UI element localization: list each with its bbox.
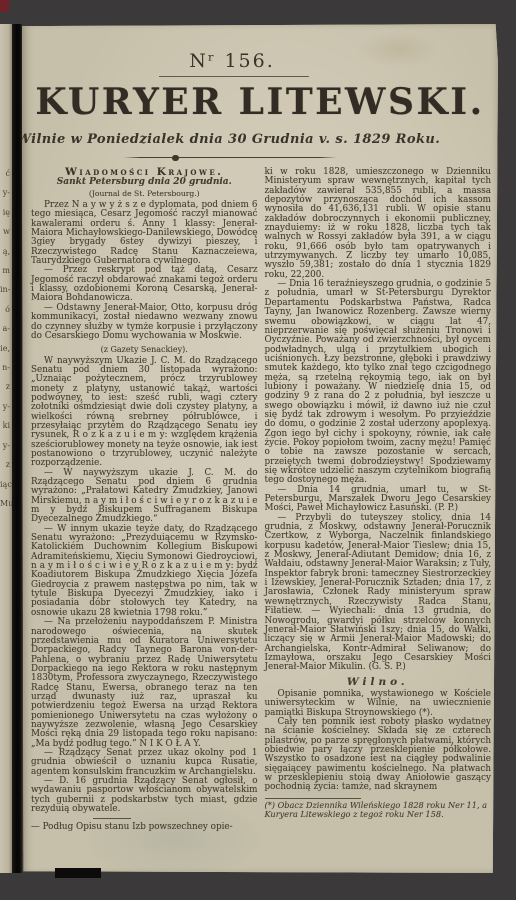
ornament-diamond: [172, 155, 179, 161]
edge-text-fragment: ć: [0, 164, 12, 183]
gazette-subheader: (z Gazety Senackiey).: [31, 345, 258, 354]
news-paragraph: — W innym ukazie teyże daty, do Rządzące…: [31, 525, 258, 618]
news-paragraph: — Na przełożeniu naypoddańszem P. Minist…: [31, 618, 258, 749]
edge-text-fragment: ie,: [0, 339, 12, 358]
news-paragraph: Cały ten pomnik iest roboty płasko wydat…: [265, 718, 492, 793]
news-paragraph: — Dnia 14 grudnia, umarł tu, w St-Peters…: [265, 486, 492, 514]
masthead-ornament-rule: [123, 156, 337, 160]
issue-number: Nʳ 156.: [0, 50, 470, 72]
edge-text-fragment: z: [0, 455, 12, 474]
right-column: ki w roku 1828, umieszczonego w Dziennik…: [265, 168, 492, 833]
section-header: Wiadomości Krajowe.: [31, 168, 258, 177]
wilno-section-header: Wilno.: [265, 678, 492, 687]
news-paragraph: — Rządzący Senat przez ukaz okolny pod 1…: [31, 749, 258, 777]
item-divider-rule: [93, 818, 131, 819]
adjacent-page-sliver: ć y- ię w ą, m in- ó a- ie, n- z y- ki y…: [0, 24, 12, 873]
issue-underline-rule: [159, 76, 309, 77]
article-columns: Wiadomości Krajowe. Sankt Petersburg dni…: [22, 160, 498, 833]
page-gutter-shadow: [12, 24, 22, 873]
edge-text-fragment: ię: [0, 203, 12, 222]
news-paragraph: — Dnia 16 teraźnieyszego grudnia, o godz…: [265, 280, 492, 486]
edge-text-fragment: in-: [0, 280, 12, 299]
newspaper-title: KURYER LITEWSKI.: [22, 81, 498, 123]
news-paragraph: — Przybyli do tuteyszey stolicy, dnia 14…: [265, 514, 492, 673]
edge-text-fragment: ki: [0, 416, 12, 435]
ornament-bar: [123, 157, 337, 158]
newspaper-page: Nʳ 156. KURYER LITEWSKI. w Wilnie w Poni…: [22, 24, 498, 873]
edge-text-fragment: y-: [0, 183, 12, 202]
left-column: Wiadomości Krajowe. Sankt Petersburg dni…: [31, 168, 258, 833]
news-paragraph: — Przez reskrypt pod tąż datą, Cesarz Je…: [31, 266, 258, 303]
archival-corner-mark: [0, 0, 9, 12]
news-paragraph: Opisanie pomnika, wystawionego w Kościel…: [265, 690, 492, 718]
scan-background: ć y- ię w ą, m in- ó a- ie, n- z y- ki y…: [0, 0, 516, 900]
edge-text-fragment: Mu-: [0, 494, 12, 513]
edge-text-fragment: w: [0, 222, 12, 241]
bottom-edge-fragment: [55, 868, 101, 878]
section-place-dateline: Sankt Petersburg dnia 20 grudnia.: [31, 178, 258, 187]
edge-text-fragment: m: [0, 261, 12, 280]
section-source-line: (Journal de St. Petersbourg.): [31, 189, 258, 198]
edge-text-fragment: iąc: [0, 475, 12, 494]
edge-text-fragment: a-: [0, 319, 12, 338]
masthead: Nʳ 156. KURYER LITEWSKI. w Wilnie w Poni…: [22, 24, 498, 160]
edge-text-fragment: n-: [0, 358, 12, 377]
news-paragraph: — Podług Opisu stanu Izb powszechney opi…: [31, 823, 258, 832]
footnote-rule: [265, 798, 361, 799]
news-paragraph: — W naywyższym ukazie J. C. M. do Rządzą…: [31, 469, 258, 525]
edge-text-fragment: ó: [0, 300, 12, 319]
edge-text-fragment: z: [0, 377, 12, 396]
masthead-dateline: w Wilnie w Poniedzialek dnia 30 Grudnia …: [0, 132, 458, 147]
edge-text-fragment: y-: [0, 397, 12, 416]
footnote-text: (*) Obacz Dziennika Wileńskiego 1828 rok…: [265, 801, 492, 819]
edge-text-fragment: y-: [0, 436, 12, 455]
news-paragraph: Przez N a y w y ż s z e dyplomata, pod d…: [31, 201, 258, 266]
news-paragraph: ki w roku 1828, umieszczonego w Dziennik…: [265, 168, 492, 280]
news-paragraph: — Odstawny Jenerał-Maior, Otto, korpusu …: [31, 304, 258, 341]
news-paragraph: — D. 16 grudnia Rządzący Senat ogłosił, …: [31, 777, 258, 814]
edge-text-fragment: ą,: [0, 242, 12, 261]
news-paragraph: W naywyższym Ukazie J. C. M. do Rządzące…: [31, 357, 258, 469]
